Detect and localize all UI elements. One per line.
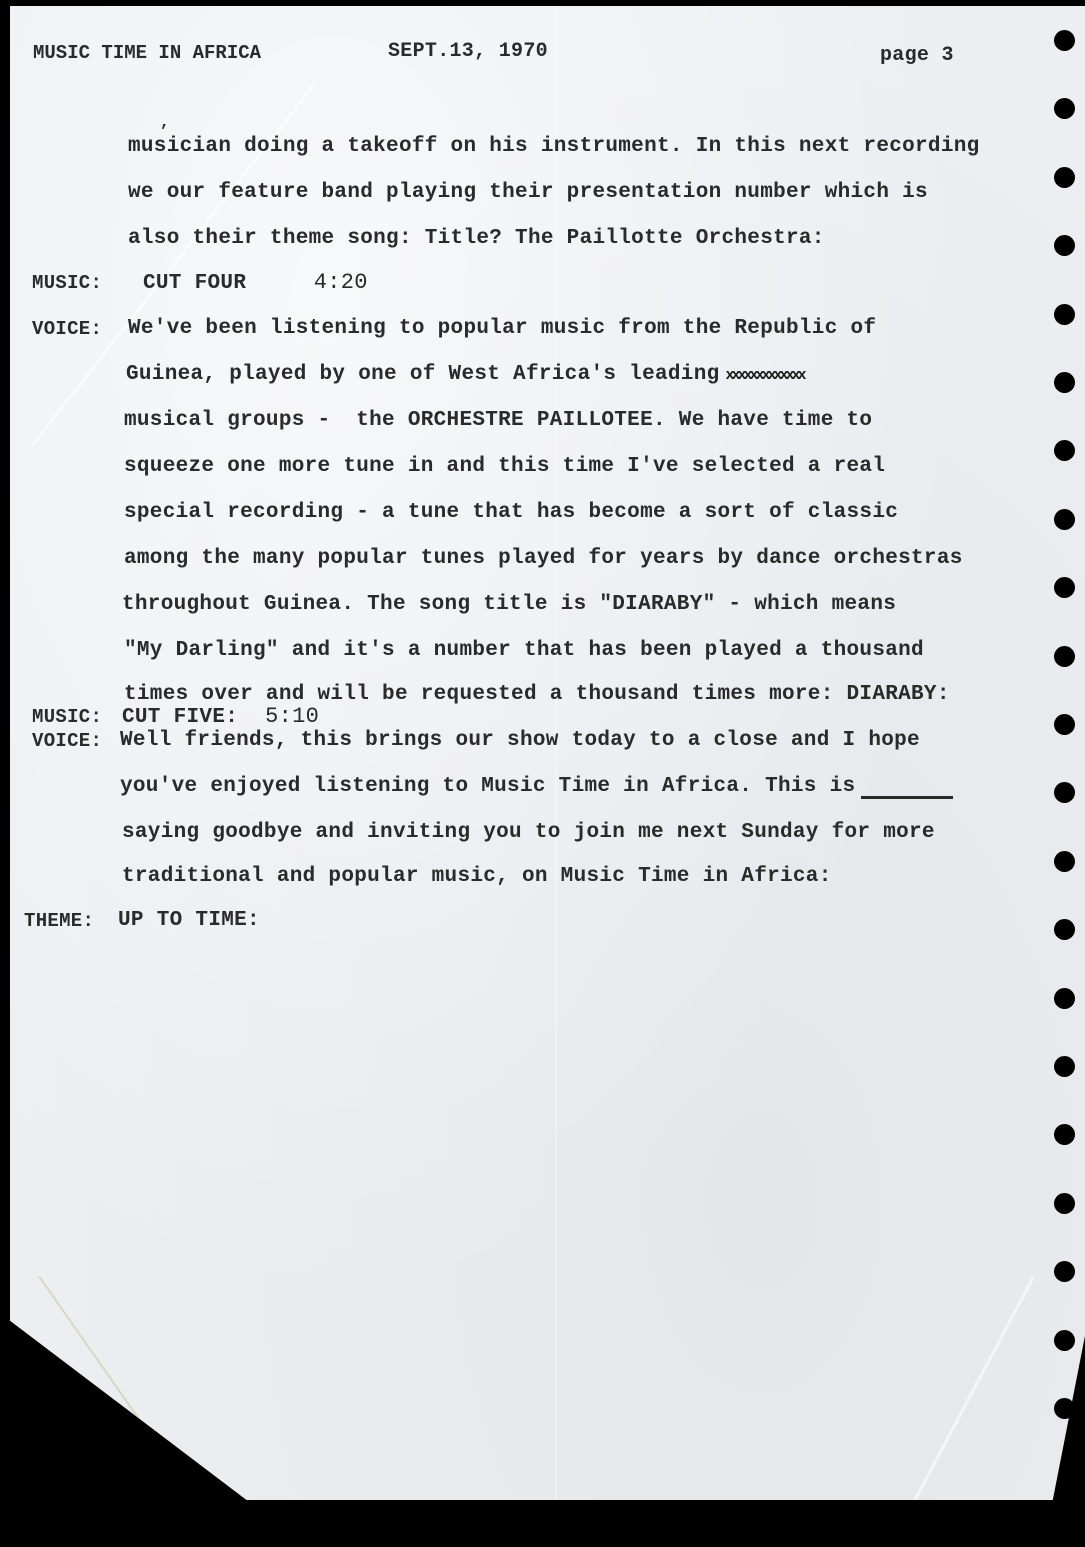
script-line: throughout Guinea. The song title is "DI… xyxy=(122,594,896,615)
perforation-hole xyxy=(1054,509,1075,530)
script-line: we our feature band playing their presen… xyxy=(128,182,928,203)
script-line-text: "My Darling" and it's a number that has … xyxy=(124,639,924,662)
script-line: CUT FIVE: 5:10 xyxy=(122,706,319,728)
cue-label-voice: VOICE: xyxy=(32,732,102,751)
script-line-text: Guinea, played by one of West Africa's l… xyxy=(126,363,720,386)
program-title: MUSIC TIME IN AFRICA xyxy=(33,44,261,63)
perforation-hole xyxy=(1054,372,1075,393)
script-line: you've enjoyed listening to Music Time i… xyxy=(120,776,953,799)
script-line-text: saying goodbye and inviting you to join … xyxy=(122,821,935,844)
script-line-text: We've been listening to popular music fr… xyxy=(128,317,876,340)
script-line-text: throughout Guinea. The song title is "DI… xyxy=(122,593,896,616)
script-line: Guinea, played by one of West Africa's l… xyxy=(126,364,804,385)
perforation-hole xyxy=(1054,851,1075,872)
script-line: times over and will be requested a thous… xyxy=(124,684,950,705)
script-line-text: UP TO TIME: xyxy=(118,909,260,932)
script-line-text: we our feature band playing their presen… xyxy=(128,181,928,204)
cue-label-music: MUSIC: xyxy=(32,708,102,727)
script-line-text: musical groups - the ORCHESTRE PAILLOTEE… xyxy=(124,409,872,432)
perforation-hole xyxy=(1054,167,1075,188)
perforation-hole xyxy=(1054,1193,1075,1214)
script-line: also their theme song: Title? The Paillo… xyxy=(128,228,825,249)
cue-label-voice: VOICE: xyxy=(32,320,102,339)
page-number: page 3 xyxy=(880,46,954,66)
script-line: musician doing a takeoff on his instrume… xyxy=(128,136,980,157)
script-line-text: you've enjoyed listening to Music Time i… xyxy=(120,775,855,798)
perforation-hole xyxy=(1054,1398,1075,1419)
cue-label-music: MUSIC: xyxy=(32,274,102,293)
script-line: traditional and popular music, on Music … xyxy=(122,866,832,887)
cue-label-theme: THEME: xyxy=(24,912,94,931)
handwritten-mark: , xyxy=(160,113,170,131)
script-line-text: times over and will be requested a thous… xyxy=(124,683,950,706)
broadcast-date: SEPT.13, 1970 xyxy=(388,42,548,62)
announcer-name-blank xyxy=(861,796,953,799)
script-line-text: squeeze one more tune in and this time I… xyxy=(124,455,885,478)
perforation-hole xyxy=(1054,304,1075,325)
script-line-text: special recording - a tune that has beco… xyxy=(124,501,898,524)
paper-crease xyxy=(38,1276,229,1500)
perforation-hole xyxy=(1054,1330,1075,1351)
script-line: among the many popular tunes played for … xyxy=(124,548,963,569)
script-line-text: CUT FOUR xyxy=(143,272,246,295)
script-line-text: musician doing a takeoff on his instrume… xyxy=(128,135,980,158)
script-line-text: traditional and popular music, on Music … xyxy=(122,865,832,888)
cut-duration: 4:20 xyxy=(246,270,368,295)
script-line-text: Well friends, this brings our show today… xyxy=(120,729,920,752)
perforation-hole xyxy=(1054,988,1075,1009)
perforation-hole xyxy=(1054,30,1075,51)
perforation-hole xyxy=(1054,646,1075,667)
script-line-text: also their theme song: Title? The Paillo… xyxy=(128,227,825,250)
script-line: UP TO TIME: xyxy=(118,910,260,931)
script-line: CUT FOUR 4:20 xyxy=(143,272,368,294)
perforation-hole xyxy=(1054,1056,1075,1077)
script-line: Well friends, this brings our show today… xyxy=(120,730,920,751)
struck-out-text: xxxxxxxxxxxxx xyxy=(720,367,804,384)
script-line-text: CUT FIVE: xyxy=(122,706,238,729)
perforation-hole xyxy=(1054,714,1075,735)
script-line: We've been listening to popular music fr… xyxy=(128,318,876,339)
script-line: "My Darling" and it's a number that has … xyxy=(124,640,924,661)
script-line: special recording - a tune that has beco… xyxy=(124,502,898,523)
script-line: squeeze one more tune in and this time I… xyxy=(124,456,885,477)
script-line-text: among the many popular tunes played for … xyxy=(124,547,963,570)
cut-duration: 5:10 xyxy=(238,704,319,729)
script-line: saying goodbye and inviting you to join … xyxy=(122,822,935,843)
paper-crease xyxy=(910,1276,1035,1500)
script-line: musical groups - the ORCHESTRE PAILLOTEE… xyxy=(124,410,872,431)
